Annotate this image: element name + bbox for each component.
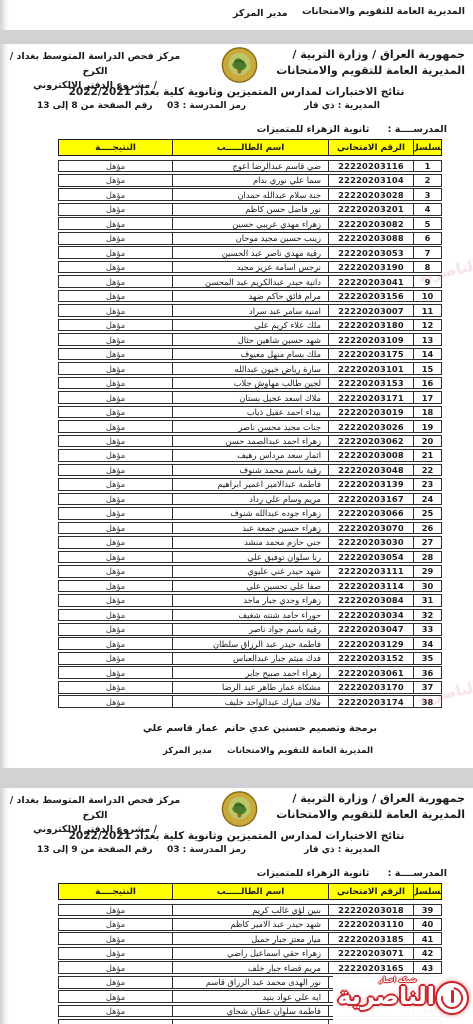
cell-serial: 4: [414, 204, 441, 215]
table-row: 2022220203062زهراء احمد عبدالصمد حسنمؤهل: [58, 435, 442, 448]
school-label: المدرســــة :: [388, 868, 447, 879]
cell-student-name: امنية سامر عبد سراد: [173, 305, 329, 316]
cell-student-name: فاطمة سلوان عطان شجاي: [173, 1006, 329, 1017]
header-serial: تسلسل: [414, 140, 441, 155]
cell-result: مؤهل: [59, 667, 173, 678]
header-result: النتيجــــة: [59, 884, 173, 899]
scanned-document-view: المديرية العامة للتقويم والامتحانات مدير…: [0, 0, 473, 1024]
cell-exam-number: 22220203129: [329, 638, 414, 649]
cell-student-name: شهد حسين شاهين حثال: [173, 334, 329, 345]
cell-result: مؤهل: [59, 508, 173, 519]
table-row: 2822220203054رنا سلوان توفيق عليمؤهل: [58, 551, 442, 564]
table-row: 2622220203070زهراء حسين جمعة عبدمؤهل: [58, 522, 442, 535]
cell-serial: 28: [414, 552, 441, 563]
cell-serial: 13: [414, 334, 441, 345]
footer-center-director-text: مدير المركز: [163, 746, 212, 756]
cell-exam-number: 22220203041: [329, 276, 414, 287]
cell-result: مؤهل: [59, 682, 173, 693]
cell-serial: 41: [414, 933, 441, 944]
cell-student-name: اثمار سعد مرداس رهيف: [173, 450, 329, 461]
cell-serial: 20: [414, 436, 441, 447]
prev-footer-directorate-text: المديرية العامة للتقويم والامتحانات: [302, 6, 465, 17]
cell-exam-number: 22220203190: [329, 262, 414, 273]
table-row: 3722220203170مشكاة عمار طاهر عبد الرضامؤ…: [58, 681, 442, 694]
cell-exam-number: 22220203139: [329, 479, 414, 490]
school-code-value: رمز المدرسة : 03: [167, 101, 246, 111]
cell-result: مؤهل: [59, 305, 173, 316]
cell-result: مؤهل: [59, 161, 173, 172]
cell-result: مؤهل: [59, 905, 173, 916]
cell-result: مؤهل: [59, 320, 173, 331]
cell-result: مؤهل: [59, 233, 173, 244]
cell-serial: 39: [414, 905, 441, 916]
cell-exam-number: 22220203082: [329, 218, 414, 229]
cell-student-name: سارة رياض خيون عبدالله: [173, 363, 329, 374]
cell-exam-number: 22220203167: [329, 494, 414, 505]
nasiriyah-news-watermark: شبكة اخبار الناصرية: [333, 975, 473, 1024]
cell-serial: 10: [414, 291, 441, 302]
table-row: 2722220203030جني حازم محمد منشدمؤهل: [58, 536, 442, 549]
school-name: ثانوية الزهراء للمتميزات: [257, 868, 370, 879]
cell-student-name: فاطمة حيدر عبد الرزاق سلطان: [173, 638, 329, 649]
cell-result: مؤهل: [59, 276, 173, 287]
directorate-value: المديرية : ذي قار: [304, 101, 380, 111]
iraq-emblem-icon: [221, 790, 258, 828]
cell-exam-number: 22220203088: [329, 233, 414, 244]
cell-serial: 11: [414, 305, 441, 316]
table-row: 322220203028جنة سلام عبدالله حمدانمؤهل: [58, 188, 442, 201]
cell-result: مؤهل: [59, 638, 173, 649]
table-row: 122220203116ضي قاسم عبدالرضا اعوجمؤهل: [58, 160, 442, 173]
cell-exam-number: 22220203111: [329, 566, 414, 577]
table-row: 4022220203110شهد حيدر عبد الامير كاظممؤه…: [58, 918, 442, 931]
table-row: 3322220203047رقية باسم جواد ناصرمؤهل: [58, 623, 442, 636]
cell-result: مؤهل: [59, 175, 173, 186]
cell-exam-number: 22220203156: [329, 291, 414, 302]
cell-serial: 27: [414, 537, 441, 548]
cell-student-name: زهراء مهدي عريبي حسين: [173, 218, 329, 229]
cell-exam-number: 22220203110: [329, 919, 414, 930]
cell-exam-number: 22220203170: [329, 682, 414, 693]
cell-student-name: نور الهدى محمد عبد الرزاق قاسم: [173, 977, 329, 988]
cell-exam-number: 22220203180: [329, 320, 414, 331]
cell-exam-number: 22220203101: [329, 363, 414, 374]
cell-result: مؤهل: [59, 1006, 173, 1017]
table-row: 922220203041دانية حيدر عبدالكريم عبد الم…: [58, 275, 442, 288]
cell-serial: 2: [414, 175, 441, 186]
cell-result: مؤهل: [59, 919, 173, 930]
cell-student-name: شهد حيدر عبد الامير كاظم: [173, 919, 329, 930]
cell-student-name: زهراء جوده عبدالله شنوف: [173, 508, 329, 519]
cell-exam-number: 22220203201: [329, 204, 414, 215]
cell-result: [59, 1020, 173, 1024]
cell-student-name: مشكاة عمار طاهر عبد الرضا: [173, 682, 329, 693]
cell-student-name: مرام فائق حاكم ضهد: [173, 291, 329, 302]
cell-serial: 34: [414, 638, 441, 649]
cell-student-name: مريم قضاء جبار خلف: [173, 962, 329, 973]
table-row: 1022220203156مرام فائق حاكم ضهدمؤهل: [58, 290, 442, 303]
cell-result: مؤهل: [59, 421, 173, 432]
table-row: 722220203053رقية مهدي ناصر عبد الحسينمؤه…: [58, 246, 442, 259]
cell-student-name: زهراء احمد صبيح جابر: [173, 667, 329, 678]
government-header-line2: المديرية العامة للتقويم والامتحانات: [276, 807, 465, 823]
cell-serial: 40: [414, 919, 441, 930]
footer-directorate-text: المديرية العامة للتقويم والامتحانات: [227, 746, 373, 756]
cell-exam-number: 22220203034: [329, 610, 414, 621]
cell-student-name: رقية باسم محمد شنوف: [173, 465, 329, 476]
exam-center-line1: مركز فحص الدراسة المتوسط بغداد / الكرخ: [6, 794, 184, 823]
cell-result: مؤهل: [59, 378, 173, 389]
school-name: ثانوية الزهراء للمتميزات: [257, 124, 370, 135]
cell-exam-number: 22220203165: [329, 962, 414, 973]
cell-student-name: ملاك اسعد عجيل بستان: [173, 392, 329, 403]
table-row: 522220203082زهراء مهدي عريبي حسينمؤهل: [58, 217, 442, 230]
header-exam-number: الرقم الامتحاني: [329, 140, 414, 155]
table-header-row: تسلسل الرقم الامتحاني اسم الطالـــــب ال…: [58, 139, 442, 156]
cell-result: مؤهل: [59, 653, 173, 664]
cell-serial: 19: [414, 421, 441, 432]
cell-exam-number: 22220203028: [329, 189, 414, 200]
cell-result: مؤهل: [59, 204, 173, 215]
cell-exam-number: 22220203104: [329, 175, 414, 186]
iraq-emblem-icon: [221, 46, 258, 84]
cell-student-name: زهراء حقي اسماعيل راضي: [173, 948, 329, 959]
cell-exam-number: 22220203018: [329, 905, 414, 916]
cell-result: مؤهل: [59, 363, 173, 374]
cell-exam-number: 22220203185: [329, 933, 414, 944]
page-range-value: رقم الصفحة من 9 إلى 13: [37, 845, 153, 855]
cell-student-name: سما علي نوري بدام: [173, 175, 329, 186]
cell-serial: 7: [414, 247, 441, 258]
table-body-page1: 122220203116ضي قاسم عبدالرضا اعوجمؤهل222…: [58, 160, 442, 709]
government-header-line1: جمهورية العراق / وزارة التربية /: [276, 47, 465, 63]
cell-exam-number: 22220203062: [329, 436, 414, 447]
cell-exam-number: 22220203048: [329, 465, 414, 476]
cell-result: مؤهل: [59, 479, 173, 490]
government-header-line2: المديرية العامة للتقويم والامتحانات: [276, 63, 465, 79]
cell-result: مؤهل: [59, 291, 173, 302]
cell-result: مؤهل: [59, 349, 173, 360]
table-row: 3122220203084زهراء وجدي جبار ماجدمؤهل: [58, 594, 442, 607]
cell-serial: 36: [414, 667, 441, 678]
cell-serial: 32: [414, 610, 441, 621]
cell-student-name: زهراء حسين جمعة عبد: [173, 523, 329, 534]
table-row: 1322220203109شهد حسين شاهين حثالمؤهل: [58, 333, 442, 346]
document-title: نتائج الاختبارات لمدارس المتميزين وثانوي…: [0, 830, 473, 842]
cell-result: مؤهل: [59, 262, 173, 273]
school-line: المدرســــة : ثانوية الزهراء للمتميزات: [257, 868, 447, 879]
cell-result: مؤهل: [59, 247, 173, 258]
results-page-1: جمهورية العراق / وزارة التربية / المديري…: [0, 44, 473, 768]
cell-result: مؤهل: [59, 494, 173, 505]
cell-result: مؤهل: [59, 581, 173, 592]
credit-name-text: عمار قاسم علي: [143, 723, 218, 734]
cell-exam-number: 22220203152: [329, 653, 414, 664]
table-row: 3522220203152فدك ميثم جبار عبدالعباسمؤهل: [58, 652, 442, 665]
header-serial: تسلسل: [414, 884, 441, 899]
cell-serial: 5: [414, 218, 441, 229]
table-row: 1922220203026جنات مجيد محسن ناصرمؤهل: [58, 420, 442, 433]
document-title: نتائج الاختبارات لمدارس المتميزين وثانوي…: [0, 86, 473, 98]
cell-serial: 25: [414, 508, 441, 519]
cell-serial: 33: [414, 624, 441, 635]
cell-exam-number: 22220203030: [329, 537, 414, 548]
government-header-text: جمهورية العراق / وزارة التربية / المديري…: [276, 791, 465, 823]
school-line: المدرســــة : ثانوية الزهراء للمتميزات: [257, 124, 447, 135]
table-row: 1222220203180ملك علاء كريم عليمؤهل: [58, 319, 442, 332]
cell-serial: 18: [414, 407, 441, 418]
cell-exam-number: 22220203026: [329, 421, 414, 432]
cell-serial: 29: [414, 566, 441, 577]
cell-result: مؤهل: [59, 566, 173, 577]
cell-exam-number: 22220203007: [329, 305, 414, 316]
directorate-value: المديرية : ذي قار: [304, 845, 380, 855]
cell-result: مؤهل: [59, 218, 173, 229]
cell-student-name: جنات مجيد محسن ناصر: [173, 421, 329, 432]
cell-result: مؤهل: [59, 610, 173, 621]
cell-student-name: بنين لؤي غالب كريم: [173, 905, 329, 916]
school-code-value: رمز المدرسة : 03: [167, 845, 246, 855]
cell-student-name: ايه علي عواد بنيد: [173, 991, 329, 1002]
page-info-line: المديرية : ذي قار رمز المدرسة : 03 رقم ا…: [0, 845, 473, 859]
exam-center-line1: مركز فحص الدراسة المتوسط بغداد / الكرخ: [6, 50, 184, 79]
table-row: 222220203104سما علي نوري بداممؤهل: [58, 174, 442, 187]
cell-serial: 22: [414, 465, 441, 476]
table-row: 422220203201نور فاضل حسن كاظممؤهل: [58, 203, 442, 216]
cell-student-name: [173, 1020, 329, 1024]
table-row: 2122220203008اثمار سعد مرداس رهيفمؤهل: [58, 449, 442, 462]
cell-result: مؤهل: [59, 552, 173, 563]
cell-serial: 24: [414, 494, 441, 505]
cell-student-name: شهد حيدر غني عليوي: [173, 566, 329, 577]
cell-exam-number: 22220203171: [329, 392, 414, 403]
table-row: 1122220203007امنية سامر عبد سرادمؤهل: [58, 304, 442, 317]
table-row: 1422220203175ملك بسام منهل معيوفمؤهل: [58, 348, 442, 361]
cell-result: مؤهل: [59, 933, 173, 944]
table-row: 3222220203034حوراء حامد شنته شغيفمؤهل: [58, 609, 442, 622]
cell-student-name: جنة سلام عبدالله حمدان: [173, 189, 329, 200]
cell-exam-number: 22220203153: [329, 378, 414, 389]
page-range-value: رقم الصفحة من 8 إلى 13: [37, 101, 153, 111]
cell-student-name: ميار معتز جبار جميل: [173, 933, 329, 944]
programming-credit-text: برمجة وتصميم حسنين عدي حاتم: [224, 723, 377, 734]
table-row: 3422220203129فاطمة حيدر عبد الرزاق سلطان…: [58, 637, 442, 650]
cell-serial: 21: [414, 450, 441, 461]
government-header-line1: جمهورية العراق / وزارة التربية /: [276, 791, 465, 807]
cell-student-name: صفا علي تحسين علي: [173, 581, 329, 592]
table-row: 622220203088زينب حسين مجيد موحانمؤهل: [58, 232, 442, 245]
table-row: 1522220203101سارة رياض خيون عبداللهمؤهل: [58, 362, 442, 375]
page-info-line: المديرية : ذي قار رمز المدرسة : 03 رقم ا…: [0, 101, 473, 115]
cell-exam-number: 22220203061: [329, 667, 414, 678]
table-row: 3622220203061زهراء احمد صبيح جابرمؤهل: [58, 666, 442, 679]
cell-student-name: زينب حسين مجيد موحان: [173, 233, 329, 244]
cell-exam-number: 22220203053: [329, 247, 414, 258]
cell-serial: 30: [414, 581, 441, 592]
table-row: 4322220203165مريم قضاء جبار خلفمؤهل: [58, 961, 442, 974]
cell-student-name: بيداء احمد عقيل ذياب: [173, 407, 329, 418]
table-row: 2322220203139فاطمة عبدالامير اعمير ابراه…: [58, 478, 442, 491]
header-result: النتيجــــة: [59, 140, 173, 155]
cell-student-name: جني حازم محمد منشد: [173, 537, 329, 548]
cell-serial: 6: [414, 233, 441, 244]
cell-student-name: رقية مهدي ناصر عبد الحسين: [173, 247, 329, 258]
table-row: 4222220203071زهراء حقي اسماعيل راضيمؤهل: [58, 947, 442, 960]
cell-serial: 43: [414, 962, 441, 973]
cell-exam-number: 22220203054: [329, 552, 414, 563]
government-header-text: جمهورية العراق / وزارة التربية / المديري…: [276, 47, 465, 79]
cell-result: مؤهل: [59, 436, 173, 447]
table-row: 1822220203019بيداء احمد عقيل ذيابمؤهل: [58, 406, 442, 419]
cell-exam-number: 22220203071: [329, 948, 414, 959]
table-header-row: تسلسل الرقم الامتحاني اسم الطالـــــب ال…: [58, 883, 442, 900]
cell-result: مؤهل: [59, 465, 173, 476]
header-exam-number: الرقم الامتحاني: [329, 884, 414, 899]
cell-serial: 35: [414, 653, 441, 664]
header-student-name: اسم الطالـــــب: [173, 140, 329, 155]
cell-student-name: حوراء حامد شنته شغيف: [173, 610, 329, 621]
cell-student-name: زهراء وجدي جبار ماجد: [173, 595, 329, 606]
watermark-emblem-icon: [435, 981, 469, 1015]
table-row: 3922220203018بنين لؤي غالب كريممؤهل: [58, 904, 442, 917]
table-row: 2522220203066زهراء جوده عبدالله شنوفمؤهل: [58, 507, 442, 520]
cell-exam-number: 22220203084: [329, 595, 414, 606]
cell-exam-number: 22220203109: [329, 334, 414, 345]
cell-student-name: نور فاضل حسن كاظم: [173, 204, 329, 215]
cell-result: مؤهل: [59, 962, 173, 973]
cell-student-name: رنا سلوان توفيق علي: [173, 552, 329, 563]
previous-page-footer-strip: المديرية العامة للتقويم والامتحانات مدير…: [0, 0, 473, 30]
school-label: المدرســــة :: [388, 124, 447, 135]
cell-serial: 15: [414, 363, 441, 374]
cell-serial: 42: [414, 948, 441, 959]
cell-exam-number: 22220203116: [329, 161, 414, 172]
table-row: 1622220203153لجين طالب مهاوش جلابمؤهل: [58, 377, 442, 390]
cell-exam-number: 22220203070: [329, 523, 414, 534]
cell-result: مؤهل: [59, 595, 173, 606]
header-student-name: اسم الطالـــــب: [173, 884, 329, 899]
cell-student-name: فاطمة عبدالامير اعمير ابراهيم: [173, 479, 329, 490]
cell-result: مؤهل: [59, 189, 173, 200]
cell-result: مؤهل: [59, 450, 173, 461]
table-row: 2422220203167مريم وسام علي ردادمؤهل: [58, 493, 442, 506]
cell-result: مؤهل: [59, 537, 173, 548]
cell-student-name: مريم وسام علي رداد: [173, 494, 329, 505]
table-row: 3022220203114صفا علي تحسين عليمؤهل: [58, 580, 442, 593]
cell-result: مؤهل: [59, 624, 173, 635]
cell-result: مؤهل: [59, 334, 173, 345]
cell-student-name: لجين طالب مهاوش جلاب: [173, 378, 329, 389]
cell-student-name: ملاك مبارك عبدالواحد خليف: [173, 696, 329, 707]
cell-exam-number: 22220203008: [329, 450, 414, 461]
cell-result: مؤهل: [59, 977, 173, 988]
cell-serial: 23: [414, 479, 441, 490]
cell-serial: 12: [414, 320, 441, 331]
cell-student-name: ضي قاسم عبدالرضا اعوج: [173, 161, 329, 172]
cell-student-name: ملك علاء كريم علي: [173, 320, 329, 331]
results-table-page1: تسلسل الرقم الامتحاني اسم الطالـــــب ال…: [58, 139, 442, 710]
cell-exam-number: 22220203114: [329, 581, 414, 592]
cell-result: مؤهل: [59, 392, 173, 403]
table-row: 3822220203174ملاك مبارك عبدالواحد خليفمؤ…: [58, 695, 442, 708]
cell-student-name: ملك بسام منهل معيوف: [173, 349, 329, 360]
cell-exam-number: 22220203174: [329, 696, 414, 707]
cell-exam-number: 22220203066: [329, 508, 414, 519]
cell-student-name: دانية حيدر عبدالكريم عبد المحسن: [173, 276, 329, 287]
cell-exam-number: 22220203175: [329, 349, 414, 360]
cell-serial: 16: [414, 378, 441, 389]
prev-footer-center-director-text: مدير المركز: [233, 8, 288, 19]
watermark-title-text: الناصرية: [339, 984, 435, 1008]
cell-result: مؤهل: [59, 696, 173, 707]
table-row: 1722220203171ملاك اسعد عجيل بستانمؤهل: [58, 391, 442, 404]
cell-result: مؤهل: [59, 948, 173, 959]
cell-serial: 1: [414, 161, 441, 172]
cell-result: مؤهل: [59, 407, 173, 418]
cell-serial: 14: [414, 349, 441, 360]
cell-serial: 26: [414, 523, 441, 534]
table-row: 822220203190نرجس اسامة عزيز مجيدمؤهل: [58, 261, 442, 274]
cell-serial: 31: [414, 595, 441, 606]
cell-student-name: نرجس اسامة عزيز مجيد: [173, 262, 329, 273]
cell-result: مؤهل: [59, 991, 173, 1002]
cell-serial: 17: [414, 392, 441, 403]
cell-serial: 3: [414, 189, 441, 200]
cell-exam-number: 22220203047: [329, 624, 414, 635]
table-row: 4122220203185ميار معتز جبار جميلمؤهل: [58, 932, 442, 945]
cell-exam-number: 22220203019: [329, 407, 414, 418]
cell-result: مؤهل: [59, 523, 173, 534]
table-row: 2922220203111شهد حيدر غني عليويمؤهل: [58, 565, 442, 578]
cell-student-name: رقية باسم جواد ناصر: [173, 624, 329, 635]
cell-student-name: فدك ميثم جبار عبدالعباس: [173, 653, 329, 664]
table-row: 2222220203048رقية باسم محمد شنوفمؤهل: [58, 464, 442, 477]
cell-student-name: زهراء احمد عبدالصمد حسن: [173, 436, 329, 447]
